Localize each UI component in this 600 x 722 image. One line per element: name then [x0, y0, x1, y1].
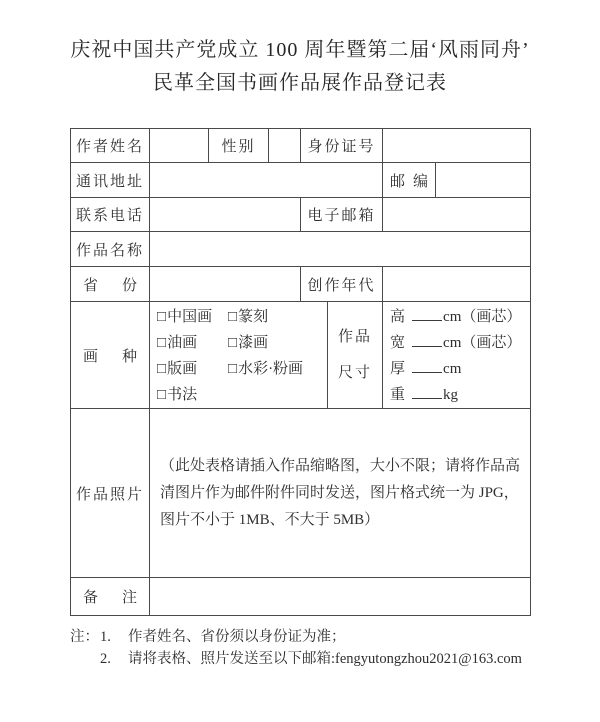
row-photo: 作品照片 （此处表格请插入作品缩略图，大小不限；请将作品高清图片作为邮件附件同时… — [71, 409, 531, 578]
size-name: 重 — [390, 387, 405, 403]
footnote-text: 作者姓名、省份须以身份证为准； — [128, 626, 346, 648]
paint-option: □水彩·粉画 — [228, 361, 303, 377]
title-line-2: 民革全国书画作品展作品登记表 — [0, 67, 600, 100]
fill-in-line — [412, 333, 442, 347]
row-remark: 备注 — [71, 578, 531, 616]
gender-label: 性别 — [209, 129, 269, 163]
author-name-blank-cell — [150, 129, 209, 163]
row-province: 省份 创作年代 — [71, 267, 531, 302]
work-name-label: 作品名称 — [71, 232, 150, 267]
row-author: 作者姓名 性别 身份证号 — [71, 129, 531, 163]
paint-option-row: □油画□漆画 — [157, 330, 327, 356]
checkbox-icon: □ — [228, 309, 237, 325]
paint-option: □篆刻 — [228, 309, 268, 325]
size-row-weight: 重kg — [390, 382, 530, 408]
work-size-label: 作品 尺寸 — [328, 302, 383, 409]
photo-placeholder-text: （此处表格请插入作品缩略图，大小不限；请将作品高清图片作为邮件附件同时发送，图片… — [160, 453, 520, 534]
footnote-line-2: 2. 请将表格、照片发送至以下邮箱:fengyutongzhou2021@163… — [70, 648, 570, 670]
fill-in-line — [412, 307, 442, 321]
footnote-prefix-spacer — [70, 648, 100, 670]
paint-option-label: 书法 — [167, 387, 197, 403]
size-row-height: 高cm（画芯） — [390, 304, 530, 330]
row-address: 通讯地址 邮编 — [71, 163, 531, 198]
size-note: （画芯） — [461, 335, 521, 351]
size-unit: cm — [443, 335, 461, 351]
checkbox-icon: □ — [157, 309, 166, 325]
province-blank-cell — [150, 267, 301, 302]
title-line-1: 庆祝中国共产党成立 100 周年暨第二届‘风雨同舟’ — [0, 34, 600, 67]
size-unit: cm — [443, 309, 461, 325]
phone-label: 联系电话 — [71, 198, 150, 232]
footnote-number: 2. — [100, 648, 128, 670]
checkbox-icon: □ — [228, 361, 237, 377]
photo-placeholder-cell: （此处表格请插入作品缩略图，大小不限；请将作品高清图片作为邮件附件同时发送，图片… — [150, 409, 531, 578]
row-paint-type: 画种 □中国画□篆刻 □油画□漆画 □版画□水彩·粉画 □书法 作品 尺寸 — [71, 302, 531, 409]
phone-blank-cell — [150, 198, 301, 232]
work-size-label-line-2: 尺寸 — [328, 355, 382, 391]
registration-form-table: 作者姓名 性别 身份证号 通讯地址 邮编 联系电话 电子邮箱 作品名称 省份 — [70, 128, 531, 616]
size-note: （画芯） — [461, 309, 521, 325]
size-unit: kg — [443, 387, 458, 403]
size-name: 高 — [390, 309, 405, 325]
paint-option: □油画 — [157, 330, 228, 356]
creation-year-blank-cell — [383, 267, 531, 302]
postcode-blank-cell — [436, 163, 531, 198]
paint-option-row: □版画□水彩·粉画 — [157, 356, 327, 382]
paint-type-options-cell: □中国画□篆刻 □油画□漆画 □版画□水彩·粉画 □书法 — [150, 302, 328, 409]
row-phone: 联系电话 电子邮箱 — [71, 198, 531, 232]
footnote-text: 请将表格、照片发送至以下邮箱:fengyutongzhou2021@163.co… — [128, 648, 522, 670]
id-number-label: 身份证号 — [301, 129, 383, 163]
paint-option-row: □书法 — [157, 382, 327, 408]
work-name-blank-cell — [150, 232, 531, 267]
paint-option: □中国画 — [157, 304, 228, 330]
checkbox-icon: □ — [157, 361, 166, 377]
fill-in-line — [412, 359, 442, 373]
province-label: 省份 — [71, 267, 150, 302]
size-row-depth: 厚cm — [390, 356, 530, 382]
size-unit: cm — [443, 361, 461, 377]
work-size-label-line-1: 作品 — [328, 319, 382, 355]
checkbox-icon: □ — [228, 335, 237, 351]
footnote-number: 1. — [100, 626, 128, 648]
paint-option: □书法 — [157, 382, 228, 408]
photo-label: 作品照片 — [71, 409, 150, 578]
paint-option: □漆画 — [228, 335, 268, 351]
paint-option-label: 中国画 — [167, 309, 212, 325]
email-blank-cell — [383, 198, 531, 232]
paint-type-label: 画种 — [71, 302, 150, 409]
fill-in-line — [412, 385, 442, 399]
footnotes: 注： 1. 作者姓名、省份须以身份证为准； 2. 请将表格、照片发送至以下邮箱:… — [70, 626, 570, 670]
paint-option-label: 水彩·粉画 — [238, 361, 303, 377]
document-page: 庆祝中国共产党成立 100 周年暨第二届‘风雨同舟’ 民革全国书画作品展作品登记… — [0, 0, 600, 722]
author-name-label: 作者姓名 — [71, 129, 150, 163]
size-name: 厚 — [390, 361, 405, 377]
creation-year-label: 创作年代 — [301, 267, 383, 302]
paint-option-label: 油画 — [167, 335, 197, 351]
paint-option-row: □中国画□篆刻 — [157, 304, 327, 330]
work-size-values-cell: 高cm（画芯） 宽cm（画芯） 厚cm 重kg — [383, 302, 531, 409]
address-label: 通讯地址 — [71, 163, 150, 198]
checkbox-icon: □ — [157, 335, 166, 351]
paint-option: □版画 — [157, 356, 228, 382]
paint-option-label: 漆画 — [238, 335, 268, 351]
size-row-width: 宽cm（画芯） — [390, 330, 530, 356]
paint-option-label: 版画 — [167, 361, 197, 377]
remark-blank-cell — [150, 578, 531, 616]
address-blank-cell — [150, 163, 383, 198]
row-work-name: 作品名称 — [71, 232, 531, 267]
gender-blank-cell — [269, 129, 301, 163]
remark-label: 备注 — [71, 578, 150, 616]
page-title: 庆祝中国共产党成立 100 周年暨第二届‘风雨同舟’ 民革全国书画作品展作品登记… — [0, 34, 600, 100]
size-name: 宽 — [390, 335, 405, 351]
footnote-line-1: 注： 1. 作者姓名、省份须以身份证为准； — [70, 626, 570, 648]
email-label: 电子邮箱 — [301, 198, 383, 232]
id-number-blank-cell — [383, 129, 531, 163]
postcode-label: 邮编 — [383, 163, 436, 198]
checkbox-icon: □ — [157, 387, 166, 403]
paint-option-label: 篆刻 — [238, 309, 268, 325]
footnote-prefix: 注： — [70, 626, 100, 648]
